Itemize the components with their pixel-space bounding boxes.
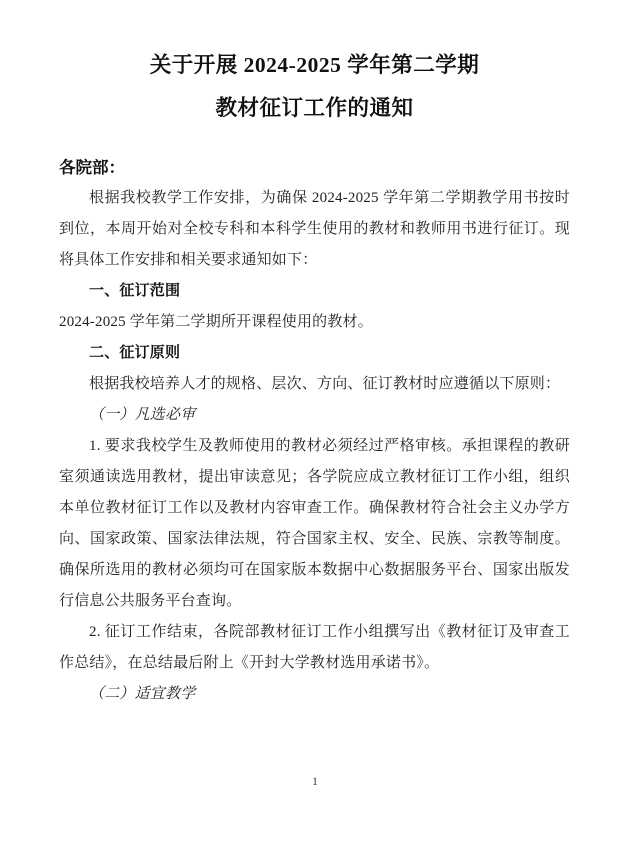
principle-1-item-2: 2. 征订工作结束，各院部教材征订工作小组撰写出《教材征订及审查工作总结》，在总… [59,617,570,679]
principle-1-item-1: 1. 要求我校学生及教师使用的教材必须经过严格审核。承担课程的教研室须通读选用教… [59,431,570,617]
intro-paragraph: 根据我校教学工作安排，为确保 2024-2025 学年第二学期教学用书按时到位，… [59,183,570,276]
section-1-heading: 一、征订范围 [59,276,570,307]
document-title: 关于开展 2024-2025 学年第二学期 教材征订工作的通知 [59,44,570,130]
document-title-line-2: 教材征订工作的通知 [59,87,570,130]
section-2-intro: 根据我校培养人才的规格、层次、方向、征订教材时应遵循以下原则： [59,369,570,400]
document-title-line-1: 关于开展 2024-2025 学年第二学期 [59,44,570,87]
salutation: 各院部： [59,152,570,183]
section-1-body: 2024-2025 学年第二学期所开课程使用的教材。 [59,307,570,338]
principle-1-heading: （一）凡选必审 [59,400,570,431]
page-number: 1 [0,776,630,788]
principle-2-heading: （二）适宜教学 [59,679,570,710]
document-content: 关于开展 2024-2025 学年第二学期 教材征订工作的通知 各院部： 根据我… [59,44,570,710]
section-2-heading: 二、征订原则 [59,338,570,369]
document-page: 关于开展 2024-2025 学年第二学期 教材征订工作的通知 各院部： 根据我… [0,0,630,846]
